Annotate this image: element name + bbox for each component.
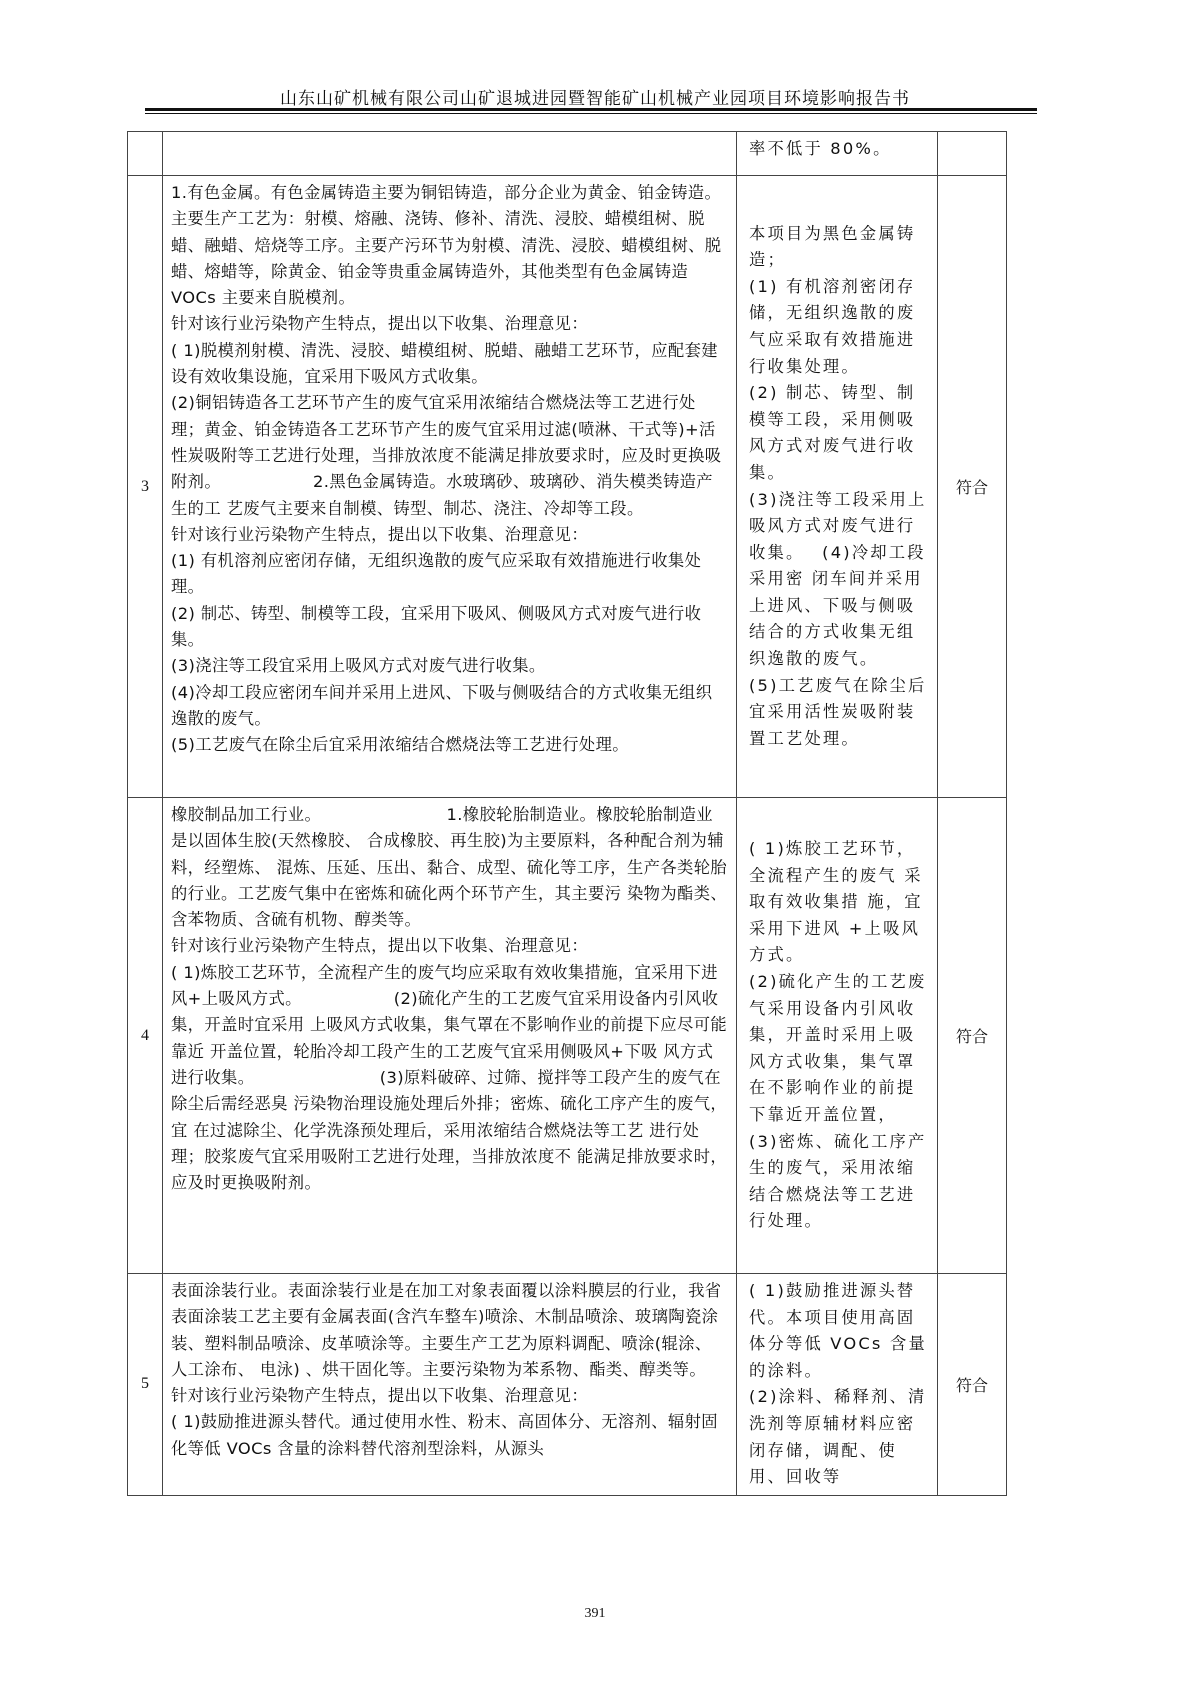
requirement-paragraph: 表面涂装行业。表面涂装行业是在加工对象表面覆以涂料膜层的行业，我省表面涂装工艺主… [171, 1278, 728, 1383]
project-measure-paragraph: (2) 制芯、铸型、制模等工段，采用侧吸风方式对废气进行收集。 [749, 380, 927, 486]
requirement-cell: 橡胶制品加工行业。 1.橡胶轮胎制造业。橡胶轮胎制造业是以固体生胶(天然橡胶、 … [163, 798, 737, 1274]
row-number-cell: 4 [128, 798, 163, 1274]
requirement-paragraph: 1.有色金属。有色金属铸造主要为铜铝铸造，部分企业为黄金、铂金铸造。主要生产工艺… [171, 180, 728, 311]
requirement-paragraph: (4)冷却工段应密闭车间并采用上进风、下吸与侧吸结合的方式收集无组织逸散的废气。 [171, 680, 728, 733]
requirement-paragraph: ( 1)炼胶工艺环节，全流程产生的废气均应采取有效收集措施，宜采用下进风+上吸风… [171, 960, 728, 1197]
project-measure-paragraph: (3)浇注等工段采用上吸风方式对废气进行收集。 (4)冷却工段采用密 闭车间并采… [749, 487, 927, 673]
row-number-cell: 5 [128, 1274, 163, 1496]
header-rule-thin [145, 113, 1037, 114]
requirement-cell [163, 132, 737, 176]
project-measure-paragraph: (1) 有机溶剂密闭存储，无组织逸散的废气应采取有效措施进行收集处理。 [749, 274, 927, 380]
requirement-paragraph: (2) 制芯、铸型、制模等工段，宜采用下吸风、侧吸风方式对废气进行收集。 [171, 601, 728, 654]
requirement-paragraph: ( 1)脱模剂射模、清洗、浸胶、蜡模组树、脱蜡、融蜡工艺环节，应配套建设有效收集… [171, 338, 728, 391]
project-measure-paragraph: (2)硫化产生的工艺废气采用设备内引风收集，开盖时采用上吸风方式收集，集气罩在不… [749, 969, 927, 1129]
project-measure-paragraph: ( 1)炼胶工艺环节，全流程产生的废气 采取有效收集措 施，宜采用下进风 +上吸… [749, 836, 927, 969]
project-measure-cell: ( 1)鼓励推进源头替代。本项目使用高固体分等低 VOCs 含量的涂料。(2)涂… [737, 1274, 938, 1496]
compliance-result-cell: 符合 [938, 176, 1007, 798]
table-row: 5表面涂装行业。表面涂装行业是在加工对象表面覆以涂料膜层的行业，我省表面涂装工艺… [128, 1274, 1007, 1496]
page-number: 391 [0, 1606, 1190, 1622]
project-measure-cell: 本项目为黑色金属铸造；(1) 有机溶剂密闭存储，无组织逸散的废气应采取有效措施进… [737, 176, 938, 798]
requirement-paragraph: 针对该行业污染物产生特点，提出以下收集、治理意见： [171, 311, 728, 337]
requirement-paragraph: 针对该行业污染物产生特点，提出以下收集、治理意见： [171, 522, 728, 548]
compliance-result-cell: 符合 [938, 798, 1007, 1274]
project-measure-paragraph: 率不低于 80%。 [749, 136, 927, 163]
compliance-table: 率不低于 80%。31.有色金属。有色金属铸造主要为铜铝铸造，部分企业为黄金、铂… [127, 131, 1007, 1496]
project-measure-paragraph: (2)涂料、稀释剂、清洗剂等原辅材料应密闭存储，调配、使用、回收等 [749, 1384, 927, 1490]
document-header-title: 山东山矿机械有限公司山矿退城进园暨智能矿山机械产业园项目环境影响报告书 [0, 84, 1190, 109]
project-measure-cell: ( 1)炼胶工艺环节，全流程产生的废气 采取有效收集措 施，宜采用下进风 +上吸… [737, 798, 938, 1274]
project-measure-paragraph: (3)密炼、硫化工序产生的废气，采用浓缩结合燃烧法等工艺进行处理。 [749, 1129, 927, 1235]
requirement-paragraph: 针对该行业污染物产生特点，提出以下收集、治理意见： [171, 1383, 728, 1409]
row-number-cell [128, 132, 163, 176]
table-row: 31.有色金属。有色金属铸造主要为铜铝铸造，部分企业为黄金、铂金铸造。主要生产工… [128, 176, 1007, 798]
header-rule-thick [145, 108, 1037, 111]
requirement-cell: 1.有色金属。有色金属铸造主要为铜铝铸造，部分企业为黄金、铂金铸造。主要生产工艺… [163, 176, 737, 798]
requirement-paragraph: (1) 有机溶剂应密闭存储，无组织逸散的废气应采取有效措施进行收集处理。 [171, 548, 728, 601]
table-row: 率不低于 80%。 [128, 132, 1007, 176]
project-measure-cell: 率不低于 80%。 [737, 132, 938, 176]
requirement-paragraph: (2)铜铝铸造各工艺环节产生的废气宜采用浓缩结合燃烧法等工艺进行处理；黄金、铂金… [171, 390, 728, 521]
requirement-paragraph: ( 1)鼓励推进源头替代。通过使用水性、粉末、高固体分、无溶剂、辐射固化等低 V… [171, 1409, 728, 1462]
project-measure-paragraph: ( 1)鼓励推进源头替代。本项目使用高固体分等低 VOCs 含量的涂料。 [749, 1278, 927, 1384]
row-number-cell: 3 [128, 176, 163, 798]
requirement-paragraph: 针对该行业污染物产生特点，提出以下收集、治理意见： [171, 933, 728, 959]
project-measure-paragraph: 本项目为黑色金属铸造； [749, 221, 927, 274]
project-measure-paragraph: (5)工艺废气在除尘后宜采用活性炭吸附装置工艺处理。 [749, 673, 927, 753]
requirement-paragraph: (5)工艺废气在除尘后宜采用浓缩结合燃烧法等工艺进行处理。 [171, 732, 728, 758]
requirement-paragraph: 橡胶制品加工行业。 1.橡胶轮胎制造业。橡胶轮胎制造业是以固体生胶(天然橡胶、 … [171, 802, 728, 933]
requirement-cell: 表面涂装行业。表面涂装行业是在加工对象表面覆以涂料膜层的行业，我省表面涂装工艺主… [163, 1274, 737, 1496]
compliance-result-cell [938, 132, 1007, 176]
table-row: 4橡胶制品加工行业。 1.橡胶轮胎制造业。橡胶轮胎制造业是以固体生胶(天然橡胶、… [128, 798, 1007, 1274]
compliance-result-cell: 符合 [938, 1274, 1007, 1496]
requirement-paragraph: (3)浇注等工段宜采用上吸风方式对废气进行收集。 [171, 653, 728, 679]
